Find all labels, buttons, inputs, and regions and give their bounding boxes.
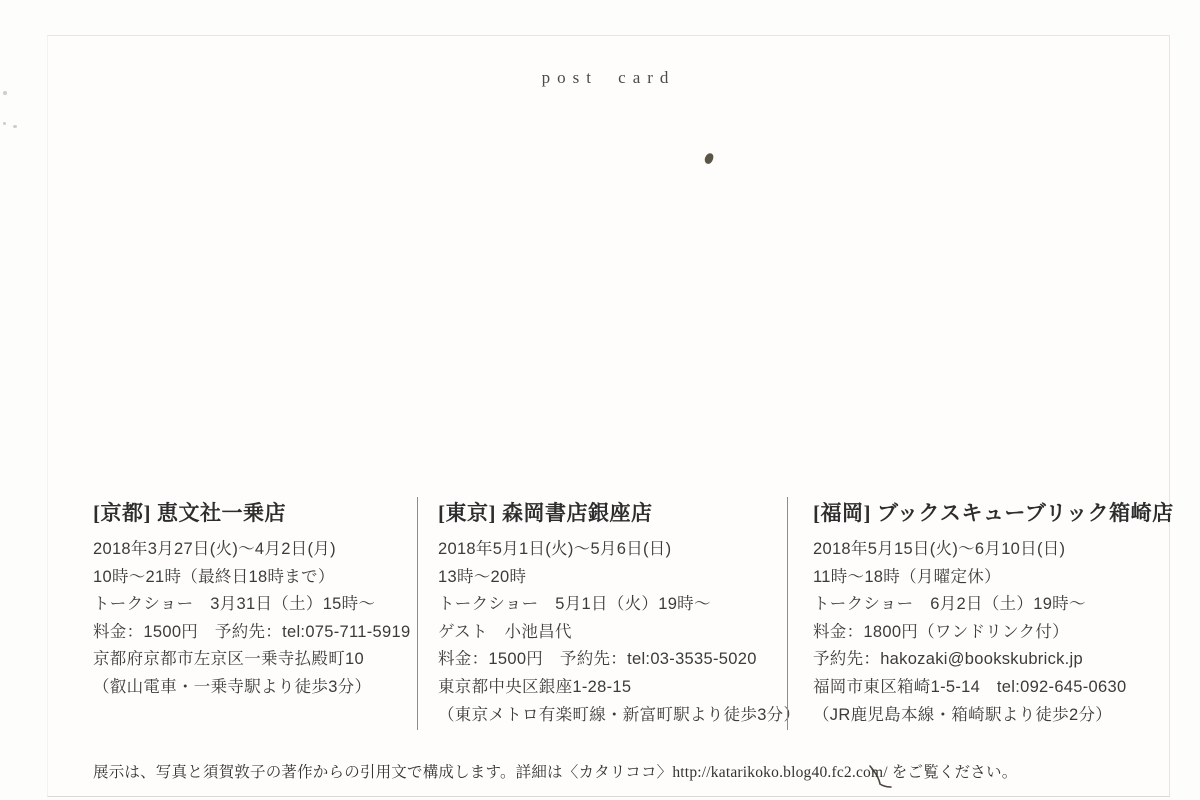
- venue-access: （東京メトロ有楽町線・新富町駅より徒歩3分）: [438, 702, 787, 730]
- postcard-label: post card: [48, 68, 1169, 88]
- venue-city: [東京]: [438, 501, 496, 525]
- venue-dates: 2018年5月1日(火)～5月6日(日): [438, 536, 787, 564]
- venue-dates: 2018年3月27日(火)～4月2日(月): [93, 536, 417, 564]
- venue-access: （叡山電車・一乗寺駅より徒歩3分）: [93, 674, 417, 702]
- scan-speck: [3, 91, 7, 95]
- scan-speck: [3, 122, 6, 125]
- venue-hours: 13時～20時: [438, 564, 787, 592]
- venue-columns: [京都]恵文社一乗店 2018年3月27日(火)～4月2日(月) 10時～21時…: [93, 497, 1150, 730]
- venue-address: 京都府京都市左京区一乗寺払殿町10: [93, 646, 417, 674]
- venue-name: ブックスキューブリック箱崎店: [877, 501, 1174, 525]
- venue-reservation: 予約先：hakozaki@bookskubrick.jp: [813, 646, 1150, 674]
- venue-talkshow: トークショー 5月1日（火）19時～: [438, 591, 787, 619]
- venue-city: [福岡]: [813, 501, 871, 525]
- venue-address: 福岡市東区箱崎1-5-14 tel:092-645-0630: [813, 674, 1150, 702]
- venue-name: 恵文社一乗店: [157, 501, 286, 525]
- venue-fukuoka: [福岡]ブックスキューブリック箱崎店 2018年5月15日(火)～6月10日(日…: [787, 497, 1150, 730]
- venue-guest: ゲスト 小池昌代: [438, 619, 787, 647]
- venue-fee: 料金：1800円（ワンドリンク付）: [813, 619, 1150, 647]
- venue-address: 東京都中央区銀座1-28-15: [438, 674, 787, 702]
- venue-title: [東京]森岡書店銀座店: [438, 497, 787, 527]
- venue-access: （JR鹿児島本線・箱崎駅より徒歩2分）: [813, 702, 1150, 730]
- venue-name: 森岡書店銀座店: [502, 501, 653, 525]
- venue-fee-reservation: 料金：1500円 予約先：tel:03-3535-5020: [438, 646, 787, 674]
- postcard-back: post card [京都]恵文社一乗店 2018年3月27日(火)～4月2日(…: [47, 35, 1170, 797]
- venue-kyoto: [京都]恵文社一乗店 2018年3月27日(火)～4月2日(月) 10時～21時…: [93, 497, 417, 730]
- venue-hours: 11時～18時（月曜定休）: [813, 564, 1150, 592]
- venue-tokyo: [東京]森岡書店銀座店 2018年5月1日(火)～5月6日(日) 13時～20時…: [417, 497, 787, 730]
- venue-title: [京都]恵文社一乗店: [93, 497, 417, 527]
- venue-city: [京都]: [93, 501, 151, 525]
- footer-note: 展示は、写真と須賀敦子の著作からの引用文で構成します。詳細は〈カタリココ〉htt…: [93, 760, 1103, 782]
- venue-dates: 2018年5月15日(火)～6月10日(日): [813, 536, 1150, 564]
- venue-talkshow: トークショー 6月2日（土）19時～: [813, 591, 1150, 619]
- venue-fee-reservation: 料金：1500円 予約先：tel:075-711-5919: [93, 619, 417, 647]
- scan-speck: [703, 152, 714, 165]
- venue-title: [福岡]ブックスキューブリック箱崎店: [813, 497, 1150, 527]
- scan-speck: [13, 125, 17, 128]
- venue-talkshow: トークショー 3月31日（土）15時～: [93, 591, 417, 619]
- venue-hours: 10時～21時（最終日18時まで）: [93, 564, 417, 592]
